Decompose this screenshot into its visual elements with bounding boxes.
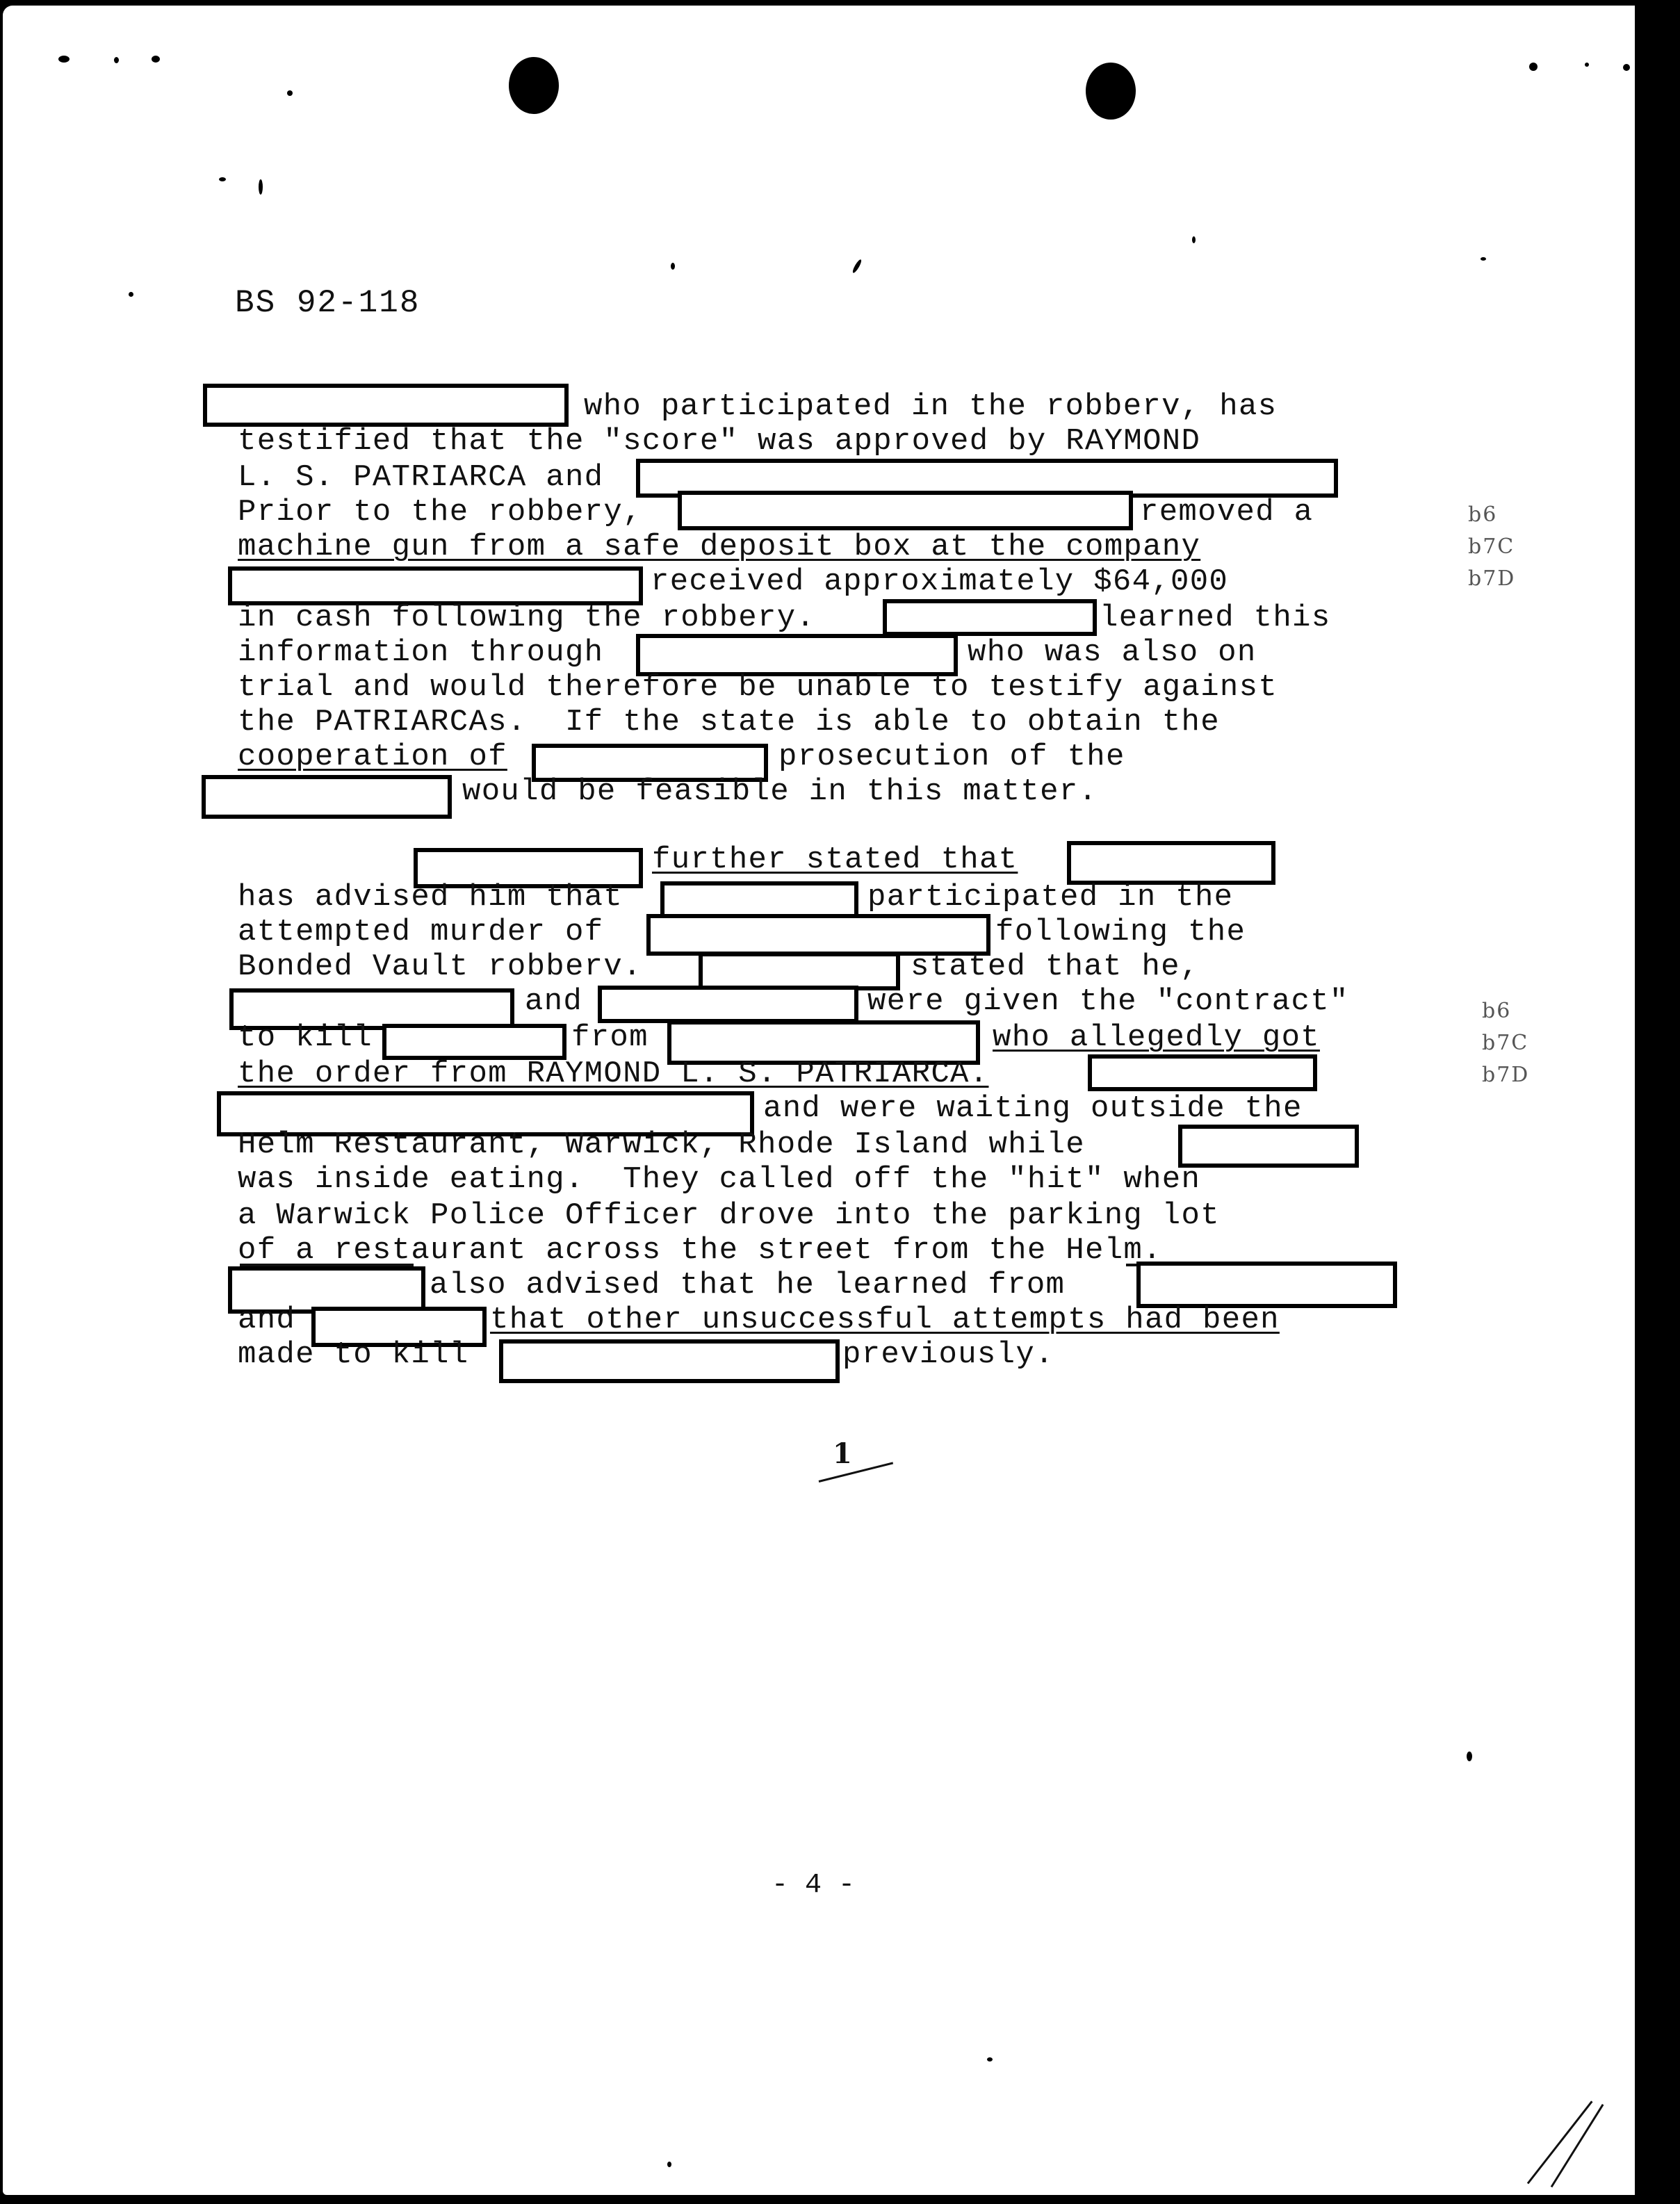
hole-punch-right <box>1086 63 1136 120</box>
text-line: of a restaurant across the street from t… <box>238 1233 1162 1268</box>
text-line: would be feasible in this matter. <box>462 774 1098 809</box>
text-line: a Warwick Police Officer drove into the … <box>238 1198 1220 1233</box>
redaction-box <box>1136 1262 1397 1308</box>
exemption-code: b7C <box>1468 531 1515 563</box>
hole-punch-left <box>509 57 559 114</box>
exemption-code: b6 <box>1468 499 1515 531</box>
text-line: and were waiting outside the <box>763 1091 1303 1126</box>
text-line: to kill <box>238 1020 373 1055</box>
scan-speck <box>1192 236 1196 243</box>
text-line: L. S. PATRIARCA and <box>238 460 603 495</box>
text-line: was inside eating. They called off the "… <box>238 1162 1200 1197</box>
text-line: information through <box>238 635 603 670</box>
scan-speck <box>287 90 293 96</box>
text-line: that other unsuccessful attempts had bee… <box>490 1303 1280 1337</box>
scan-speck <box>1467 1752 1472 1761</box>
redaction-box <box>203 384 569 427</box>
scan-speck <box>987 2057 993 2062</box>
exemption-codes-2: b6 b7C b7D <box>1482 995 1529 1091</box>
text-line: in cash following the robbery. <box>238 601 815 635</box>
redaction-box <box>678 491 1133 530</box>
text-line: further stated that <box>652 842 1018 877</box>
redaction-box <box>598 986 858 1023</box>
text-line: and <box>238 1303 295 1337</box>
scan-speck <box>219 177 226 181</box>
text-line: who allegedly got <box>993 1020 1320 1055</box>
scan-speck <box>152 56 160 63</box>
text-line: prosecution of the <box>778 740 1125 774</box>
redaction-box <box>202 775 452 819</box>
text-line: participated in the <box>867 880 1233 915</box>
text-line: machine gun from a safe deposit box at t… <box>238 530 1200 564</box>
redaction-box <box>1067 841 1275 885</box>
text-line: who was also on <box>968 635 1257 670</box>
text-line: testified that the "score" was approved … <box>238 424 1200 459</box>
text-line: who participated in the robberv, has <box>584 389 1277 424</box>
file-number: BS 92-118 <box>235 285 420 321</box>
redaction-box <box>382 1024 566 1060</box>
page-number: - 4 - <box>772 1870 855 1901</box>
text-line: the order from RAYMOND L. S. PATRIARCA. <box>238 1056 988 1091</box>
scan-speck <box>58 56 70 63</box>
redaction-box <box>1088 1054 1317 1091</box>
exemption-code: b7C <box>1482 1027 1529 1059</box>
text-line: has advised him that <box>238 880 623 915</box>
scan-speck <box>1585 63 1589 67</box>
text-line: made to kill <box>238 1337 468 1372</box>
exemption-code: b7D <box>1482 1059 1529 1091</box>
text-line: Bonded Vault robberv. <box>238 949 642 984</box>
text-line: from <box>571 1020 649 1055</box>
redaction-box <box>1178 1125 1359 1168</box>
text-line: following the <box>995 915 1246 949</box>
scan-speck <box>1529 63 1538 71</box>
text-line: learned this <box>1100 601 1330 635</box>
text-line: the PATRIARCAs. If the state is able to … <box>238 705 1220 740</box>
text-line: trial and would therefore be unable to t… <box>238 670 1278 705</box>
redaction-box <box>883 599 1097 636</box>
scan-speck <box>1481 257 1486 261</box>
text-line: cooperation of <box>238 740 507 774</box>
scan-speck <box>129 292 133 297</box>
exemption-codes-1: b6 b7C b7D <box>1468 499 1515 595</box>
text-line: were given the "contract" <box>867 984 1349 1019</box>
text-line: previously. <box>842 1337 1054 1372</box>
exemption-code: b6 <box>1482 995 1529 1027</box>
text-line: and <box>525 984 582 1019</box>
scan-speck <box>114 57 119 63</box>
scan-speck <box>667 2162 671 2167</box>
text-line: also advised that he learned from <box>430 1268 1065 1303</box>
scan-speck <box>259 179 263 195</box>
text-line: attempted murder of <box>238 915 603 949</box>
text-line: removed a <box>1140 495 1313 530</box>
text-line: received approximately $64,000 <box>651 564 1228 599</box>
handwritten-mark: 1 <box>833 1437 852 1470</box>
scan-speck <box>1623 64 1630 71</box>
scan-speck <box>671 263 675 270</box>
redaction-box <box>228 566 643 605</box>
redaction-box <box>499 1339 840 1383</box>
scan-edge-right <box>1663 0 1680 2204</box>
exemption-code: b7D <box>1468 563 1515 595</box>
text-line: stated that he, <box>911 949 1200 984</box>
text-line: Helm Restaurant, Warwick, Rhode Island w… <box>238 1127 1085 1162</box>
text-line: Prior to the robbery, <box>238 495 642 530</box>
